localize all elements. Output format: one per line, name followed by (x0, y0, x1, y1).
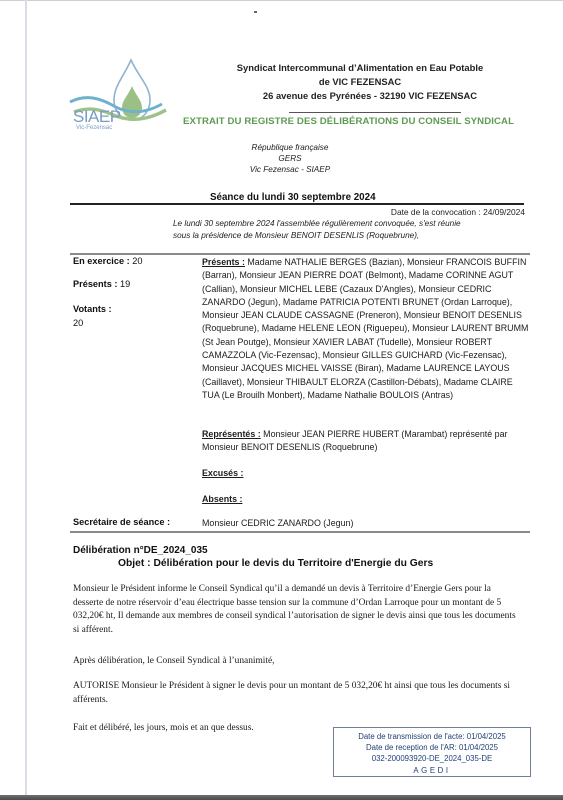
excuses-list: Excusés : (202, 467, 532, 480)
session-divider (70, 203, 524, 205)
stamp-reference: 032-200093920-DE_2024_035-DE (334, 753, 530, 764)
excuses-heading: Excusés : (202, 468, 243, 478)
secretaire-value: Monsieur CEDRIC ZANARDO (Jegun) (202, 517, 532, 530)
stamp-agency: AGEDI (334, 765, 530, 776)
session-title: Séance du lundi 30 septembre 2024 (210, 192, 376, 203)
votants-value: 20 (73, 318, 83, 328)
org-address: 26 avenue des Pyrénées - 32190 VIC FEZEN… (240, 90, 500, 101)
convocation-date: Date de la convocation : 24/09/2024 (391, 207, 525, 217)
en-exercice-value: 20 (132, 256, 142, 266)
deliberation-paragraph-1: Monsieur le Président informe le Conseil… (73, 583, 523, 637)
session-intro-line2: sous la présidence de Monsieur BENOIT DE… (173, 230, 533, 242)
transmission-stamp: Date de transmission de l'acte: 01/04/20… (333, 727, 531, 777)
votants-label: Votants : (73, 304, 112, 314)
representes-list: Représentés : Monsieur JEAN PIERRE HUBER… (202, 428, 532, 455)
en-exercice-count: En exercice : 20 (73, 256, 143, 266)
org-name-line2: de VIC FEZENSAC (190, 76, 530, 87)
representes-heading: Représentés : (202, 429, 261, 439)
scan-speck (254, 11, 257, 13)
logo-subtitle: Vic-Fezensac (76, 125, 112, 131)
register-title: EXTRAIT DU REGISTRE DES DÉLIBÉRATIONS DU… (183, 116, 514, 127)
header-divider (289, 112, 461, 113)
presents-heading: Présents : (202, 257, 245, 267)
scan-margin-line (25, 0, 27, 798)
votants-label-row: Votants : (73, 304, 112, 314)
siaep-logo-icon (66, 56, 176, 146)
presents-value: 19 (120, 279, 130, 289)
session-intro: Le lundi 30 septembre 2024 l'assemblée r… (173, 218, 533, 241)
org-name-line1: Syndicat Intercommunal d’Alimentation en… (190, 62, 530, 73)
attendance-top-divider (70, 253, 530, 255)
attendance-bottom-divider (70, 531, 530, 533)
stamp-transmission-date: Date de transmission de l'acte: 01/04/20… (334, 731, 530, 742)
department-line: GERS (230, 154, 350, 163)
stamp-reception-date: Date de reception de l'AR: 01/04/2025 (334, 742, 530, 753)
session-intro-line1: Le lundi 30 septembre 2024 l'assemblée r… (173, 218, 533, 230)
presents-label: Présents : (73, 279, 117, 289)
logo-name: SIAEP (73, 107, 121, 127)
secretaire-label-row: Secrétaire de séance : (73, 517, 170, 527)
secretaire-label: Secrétaire de séance : (73, 517, 170, 527)
absents-heading: Absents : (202, 494, 242, 504)
deliberation-paragraph-2: Après délibération, le Conseil Syndical … (73, 655, 523, 669)
deliberation-number: Délibération n°DE_2024_035 (73, 545, 208, 556)
entity-line: Vic Fezensac - SIAEP (230, 165, 350, 174)
absents-list: Absents : (202, 493, 532, 506)
page-bottom-edge (0, 795, 563, 800)
deliberation-object: Objet : Délibération pour le devis du Te… (118, 558, 433, 569)
presents-count: Présents : 19 (73, 279, 130, 289)
page-top-edge (0, 0, 563, 1)
presents-names: Madame NATHALIE BERGES (Bazian), Monsieu… (202, 257, 528, 400)
republic-line: République française (230, 143, 350, 152)
en-exercice-label: En exercice : (73, 256, 130, 266)
presents-list: Présents : Madame NATHALIE BERGES (Bazia… (202, 256, 532, 402)
deliberation-paragraph-3: AUTORISE Monsieur le Président à signer … (73, 680, 523, 707)
